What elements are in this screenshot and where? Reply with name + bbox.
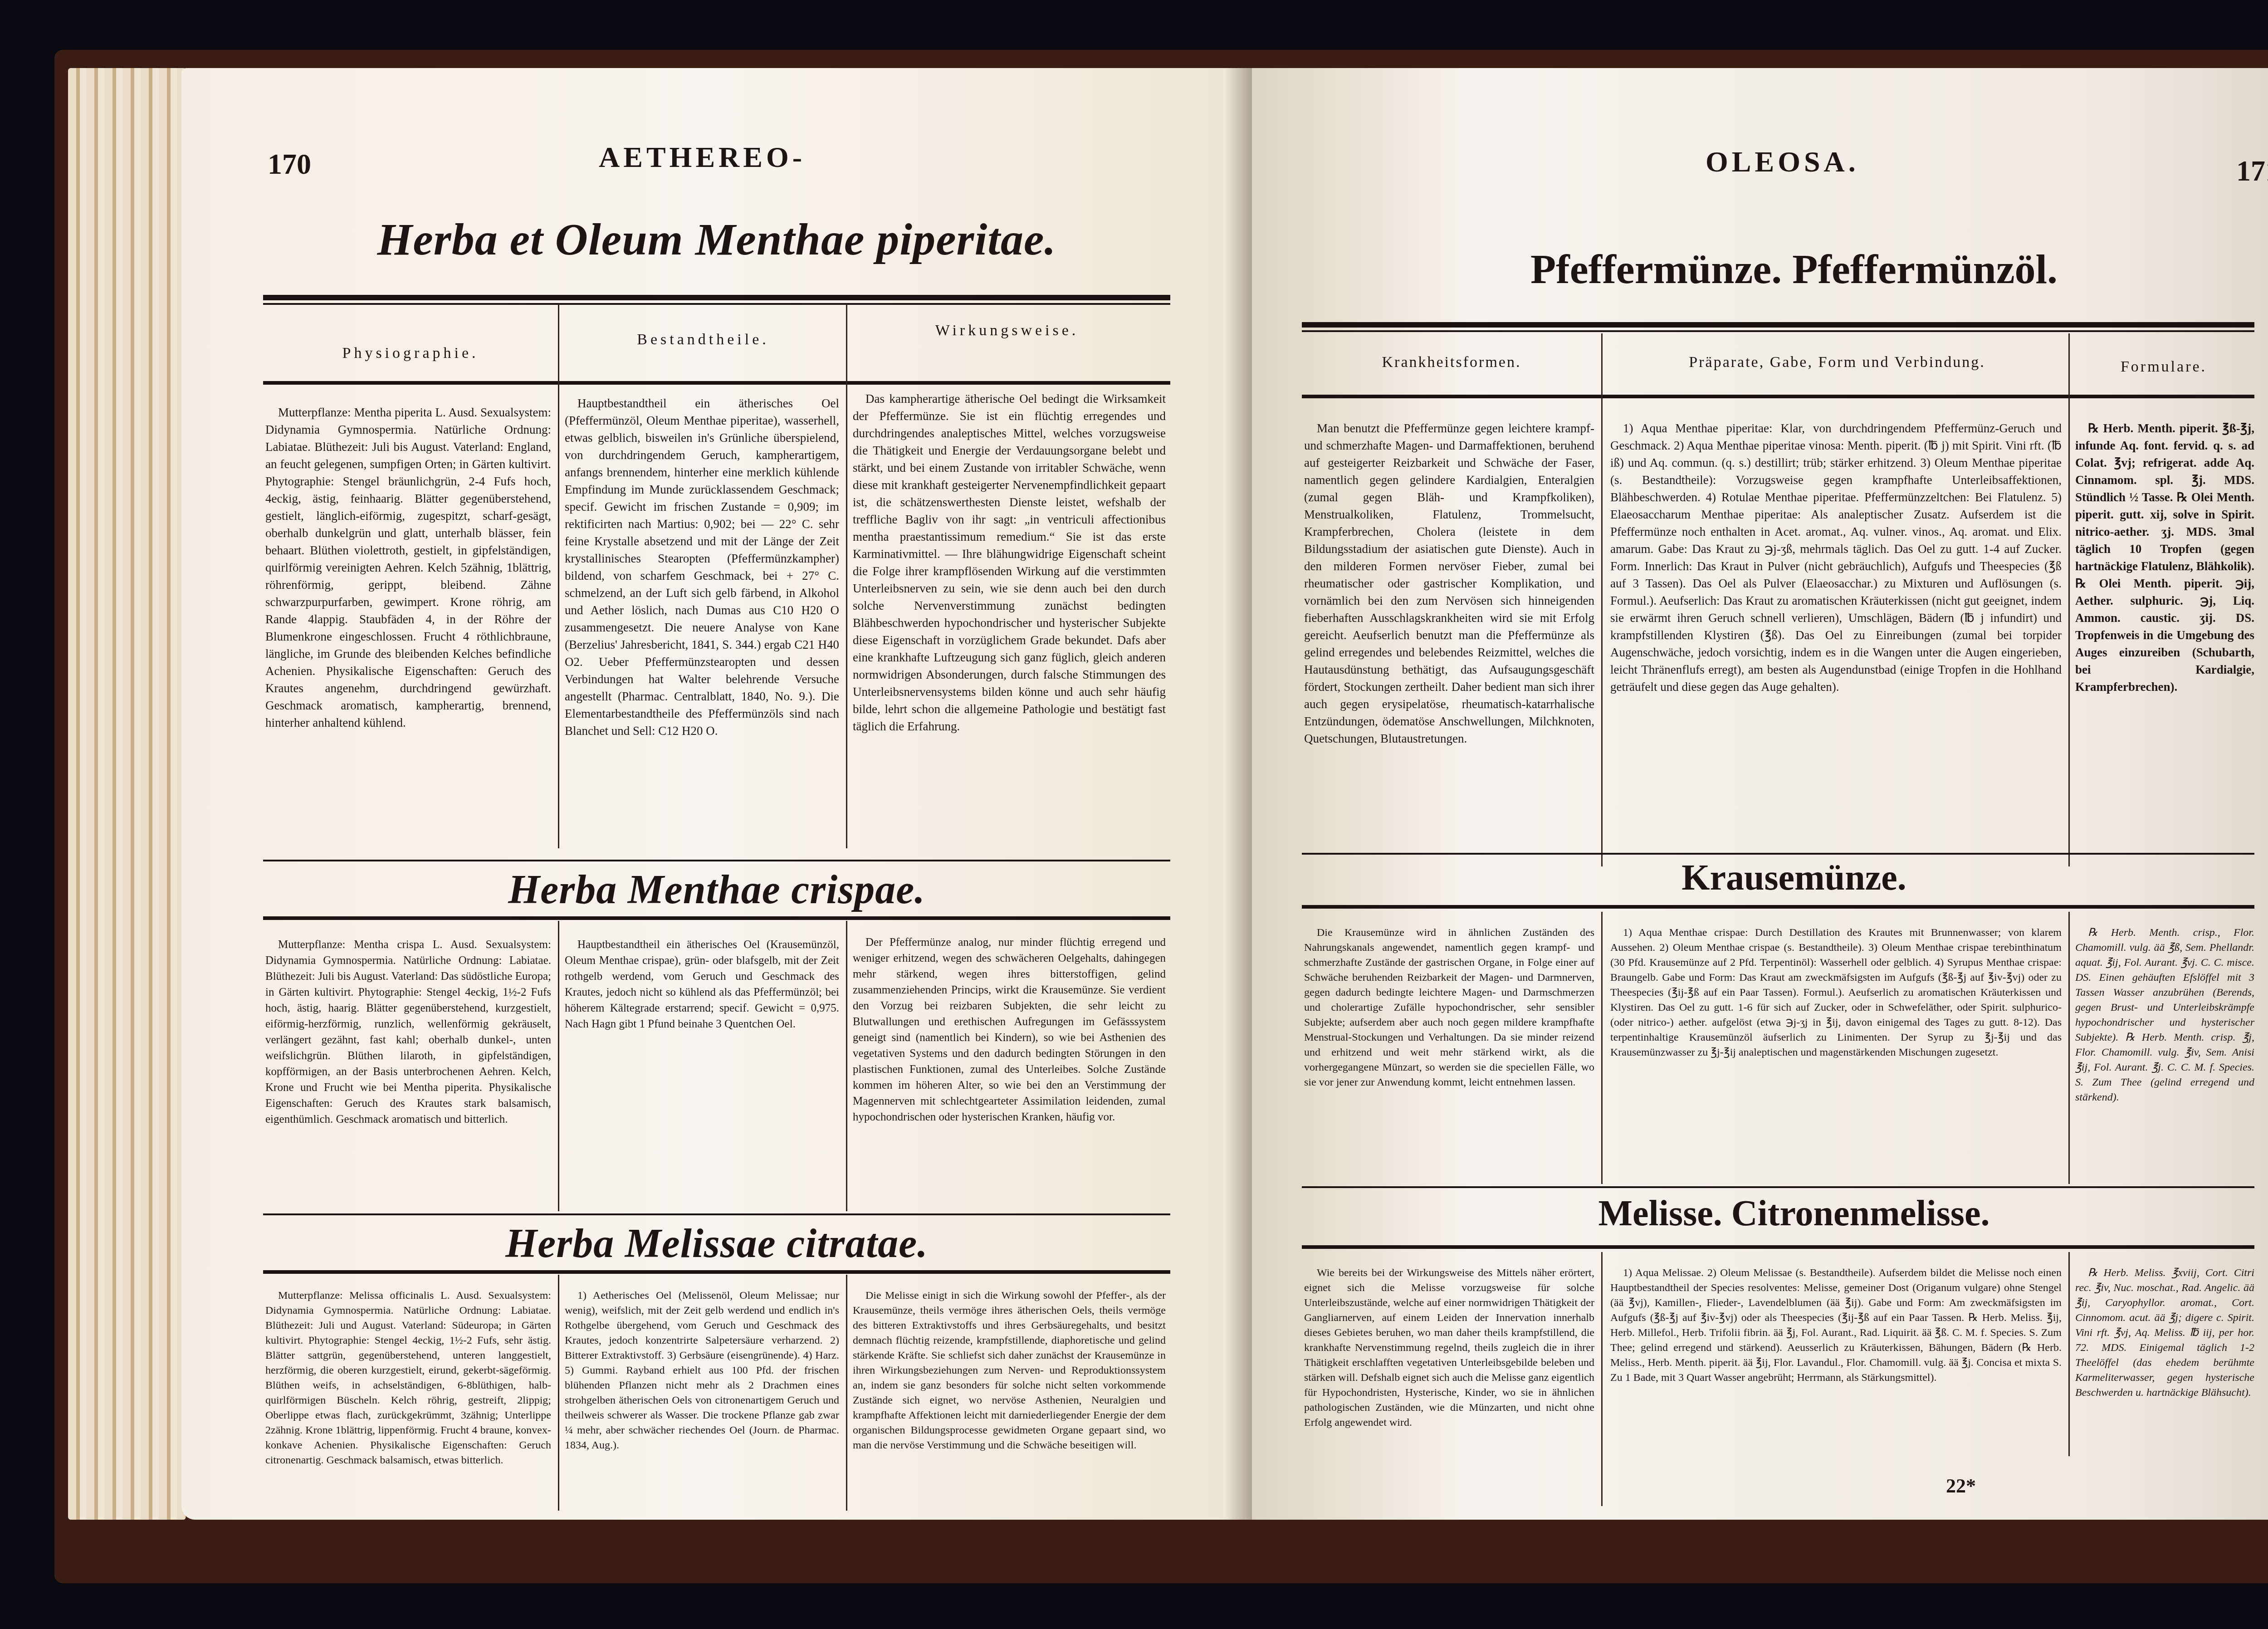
column-header: Physiographie. <box>263 345 558 362</box>
bestandtheile-text: Hauptbestandtheil ein ätherisches Oel (P… <box>565 395 839 848</box>
section-title: Herba Menthae crispae. <box>181 866 1252 913</box>
column-header: Präparate, Gabe, Form und Verbindung. <box>1606 354 2068 371</box>
rule <box>1302 395 2254 398</box>
column-divider <box>2068 912 2070 1184</box>
column-divider <box>1601 912 1603 1184</box>
column-divider <box>2068 333 2070 866</box>
krankheitsformen-text: Man benutzt die Pfeffermünze gegen leich… <box>1304 420 1594 864</box>
praeparate-text: 1) Aqua Melissae. 2) Oleum Melissae (s. … <box>1610 1266 2062 1506</box>
rule <box>1302 853 2254 855</box>
column-header: Wirkungsweise. <box>848 322 1166 339</box>
praeparate-text: 1) Aqua Menthae crispae: Durch Destillat… <box>1610 925 2062 1184</box>
section-title: Herba et Oleum Menthae piperitae. <box>181 213 1252 265</box>
column-divider <box>558 921 559 1211</box>
signature-mark: 22* <box>1946 1474 1976 1497</box>
column-header: Bestandtheile. <box>562 331 844 348</box>
double-rule <box>1302 322 2254 328</box>
physiographie-text: Mutterpflanze: Mentha crispa L. Ausd. Se… <box>265 937 551 1209</box>
rule <box>263 860 1170 861</box>
running-head: AETHEREO- <box>599 141 806 174</box>
wirkungsweise-text: Die Melisse einigt in sich die Wirkung s… <box>853 1288 1166 1515</box>
wirkungsweise-text: Das kampherartige ätherische Oel bedingt… <box>853 390 1166 844</box>
column-divider <box>1601 1252 1603 1506</box>
right-page: OLEOSA. 171 Pfeffermünze. Pfeffermünzöl.… <box>1252 68 2268 1520</box>
praeparate-text: 1) Aqua Menthae piperitae: Klar, von dur… <box>1610 420 2062 864</box>
formulare-text: ℞ Herb. Meliss. ℥xviij, Cort. Citri rec.… <box>2075 1266 2254 1474</box>
rule <box>1302 1245 2254 1249</box>
bestandtheile-text: Hauptbestandtheil ein ätherisches Oel (K… <box>565 937 839 1209</box>
wirkungsweise-text: Der Pfeffermünze analog, nur minder flüc… <box>853 934 1166 1211</box>
section-title: Pfeffermünze. Pfeffermünzöl. <box>1252 245 2268 293</box>
formulare-text: ℞ Herb. Menth. crisp., Flor. Chamomill. … <box>2075 925 2254 1184</box>
column-header: Krankheitsformen. <box>1302 354 1601 371</box>
bestandtheile-text: 1) Aetherisches Oel (Melissenöl, Oleum M… <box>565 1288 839 1515</box>
rule <box>1302 1186 2254 1188</box>
krankheitsformen-text: Wie bereits bei der Wirkungsweise des Mi… <box>1304 1266 1594 1506</box>
double-rule <box>263 303 1170 305</box>
section-title: Melisse. Citronenmelisse. <box>1252 1193 2268 1234</box>
double-rule <box>263 295 1170 300</box>
page-number: 170 <box>268 147 311 181</box>
section-title: Herba Melissae citratae. <box>181 1220 1252 1267</box>
left-page: 170 AETHEREO- Herba et Oleum Menthae pip… <box>181 68 1252 1520</box>
physiographie-text: Mutterpflanze: Mentha piperita L. Ausd. … <box>265 404 551 839</box>
rule <box>263 916 1170 920</box>
krankheitsformen-text: Die Krausemünze wird in ähnlichen Zustän… <box>1304 925 1594 1184</box>
column-divider <box>558 1275 559 1511</box>
rule <box>1302 905 2254 909</box>
column-divider <box>2068 1252 2070 1456</box>
physiographie-text: Mutterpflanze: Melissa officinalis L. Au… <box>265 1288 551 1515</box>
double-rule <box>1302 330 2254 332</box>
rule <box>263 381 1170 385</box>
column-divider <box>846 1275 847 1511</box>
column-divider <box>846 304 847 848</box>
column-header: Formulare. <box>2073 358 2254 376</box>
rule <box>263 1270 1170 1274</box>
rule <box>263 1213 1170 1215</box>
page-number: 171 <box>2236 154 2268 188</box>
running-head: OLEOSA. <box>1706 145 1859 179</box>
column-divider <box>558 304 559 848</box>
column-divider <box>846 921 847 1211</box>
column-divider <box>1601 333 1603 866</box>
page-stack-edge <box>68 68 186 1520</box>
section-title: Krausemünze. <box>1252 857 2268 899</box>
formulare-text: ℞ Herb. Menth. piperit. ℥ß-℥j, infunde A… <box>2075 420 2254 864</box>
